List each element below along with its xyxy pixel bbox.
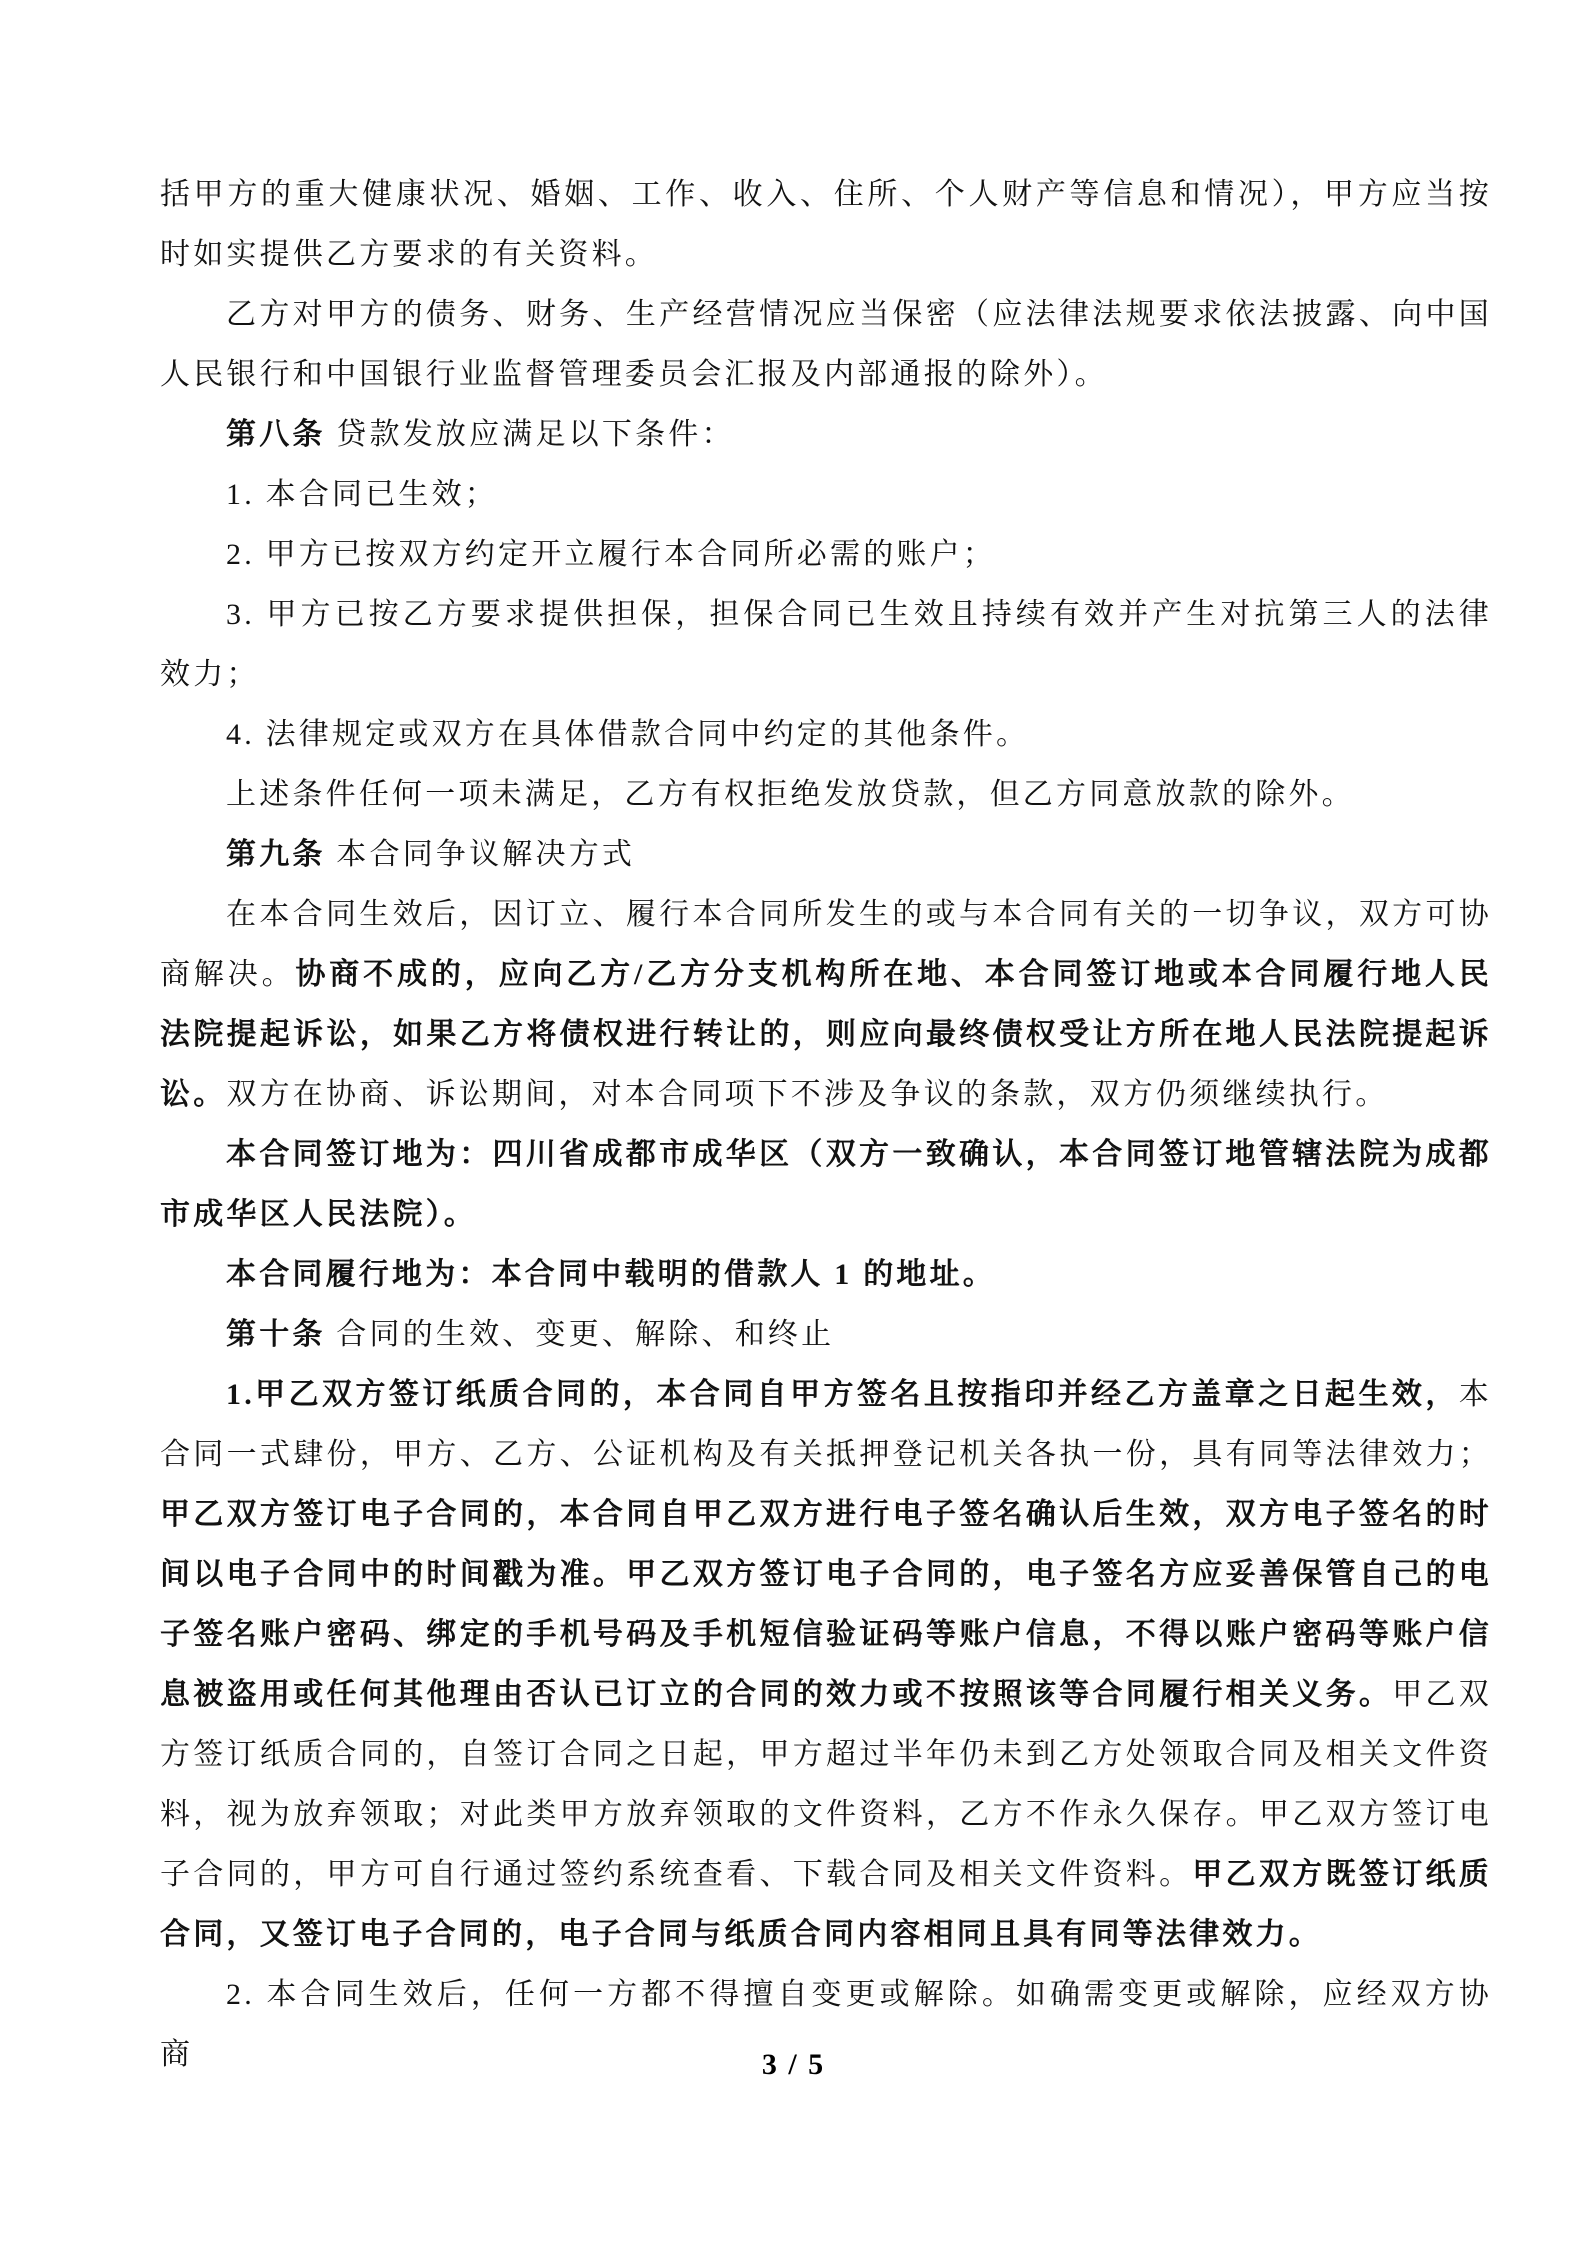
paragraph: 第十条 合同的生效、变更、解除、和终止 <box>160 1305 1492 1365</box>
paragraph: 1. 本合同已生效； <box>160 465 1492 525</box>
paragraph: 3. 甲方已按乙方要求提供担保，担保合同已生效且持续有效并产生对抗第三人的法律效… <box>160 585 1492 705</box>
paragraph: 本合同签订地为：四川省成都市成华区（双方一致确认，本合同签订地管辖法院为成都市成… <box>160 1125 1492 1245</box>
contract-text-block: 括甲方的重大健康状况、婚姻、工作、收入、住所、个人财产等信息和情况），甲方应当按… <box>160 165 1492 2085</box>
bold-text-run: 第九条 <box>226 838 326 871</box>
paragraph: 1.甲乙双方签订纸质合同的，本合同自甲方签名且按指印并经乙方盖章之日起生效，本合… <box>160 1365 1492 1965</box>
bold-text-run: 第八条 <box>226 418 326 451</box>
bold-text-run: 本合同履行地为：本合同中载明的借款人 1 的地址。 <box>226 1258 996 1291</box>
text-run: 贷款发放应满足以下条件： <box>326 418 735 451</box>
bold-text-run: 第十条 <box>226 1318 326 1351</box>
text-run: 3. 甲方已按乙方要求提供担保，担保合同已生效且持续有效并产生对抗第三人的法律效… <box>160 598 1492 691</box>
text-run: 4. 法律规定或双方在具体借款合同中约定的其他条件。 <box>226 718 1029 751</box>
text-run: 上述条件任何一项未满足，乙方有权拒绝发放贷款，但乙方同意放款的除外。 <box>226 778 1355 811</box>
text-run: 括甲方的重大健康状况、婚姻、工作、收入、住所、个人财产等信息和情况），甲方应当按… <box>160 178 1492 271</box>
text-run: 2. 甲方已按双方约定开立履行本合同所必需的账户； <box>226 538 996 571</box>
text-run: 1. 本合同已生效； <box>226 478 498 511</box>
paragraph: 本合同履行地为：本合同中载明的借款人 1 的地址。 <box>160 1245 1492 1305</box>
bold-text-run: 甲乙双方签订电子合同的，本合同自甲乙双方进行电子签名确认后生效，双方电子签名的时… <box>160 1498 1492 1711</box>
paragraph: 乙方对甲方的债务、财务、生产经营情况应当保密（应法律法规要求依法披露、向中国人民… <box>160 285 1492 405</box>
text-run: 乙方对甲方的债务、财务、生产经营情况应当保密（应法律法规要求依法披露、向中国人民… <box>160 298 1492 391</box>
paragraph: 在本合同生效后，因订立、履行本合同所发生的或与本合同有关的一切争议，双方可协商解… <box>160 885 1492 1125</box>
paragraph: 4. 法律规定或双方在具体借款合同中约定的其他条件。 <box>160 705 1492 765</box>
bold-text-run: 1.甲乙双方签订纸质合同的，本合同自甲方签名且按指印并经乙方盖章之日起生效， <box>226 1378 1459 1411</box>
text-run: 本合同争议解决方式 <box>326 838 636 871</box>
paragraph: 2. 甲方已按双方约定开立履行本合同所必需的账户； <box>160 525 1492 585</box>
bold-text-run: 本合同签订地为：四川省成都市成华区（双方一致确认，本合同签订地管辖法院为成都市成… <box>160 1138 1492 1231</box>
paragraph: 第九条 本合同争议解决方式 <box>160 825 1492 885</box>
text-run: 双方在协商、诉讼期间，对本合同项下不涉及争议的条款，双方仍须继续执行。 <box>226 1078 1388 1111</box>
paragraph: 上述条件任何一项未满足，乙方有权拒绝发放贷款，但乙方同意放款的除外。 <box>160 765 1492 825</box>
paragraph: 括甲方的重大健康状况、婚姻、工作、收入、住所、个人财产等信息和情况），甲方应当按… <box>160 165 1492 285</box>
text-run: 合同的生效、变更、解除、和终止 <box>326 1318 835 1351</box>
paragraph: 第八条 贷款发放应满足以下条件： <box>160 405 1492 465</box>
page-number: 3 / 5 <box>762 2048 825 2081</box>
contract-document-page: { "document": { "paragraphs": [ { "inden… <box>0 0 1587 2245</box>
page-footer: 3 / 5 <box>0 2048 1587 2082</box>
